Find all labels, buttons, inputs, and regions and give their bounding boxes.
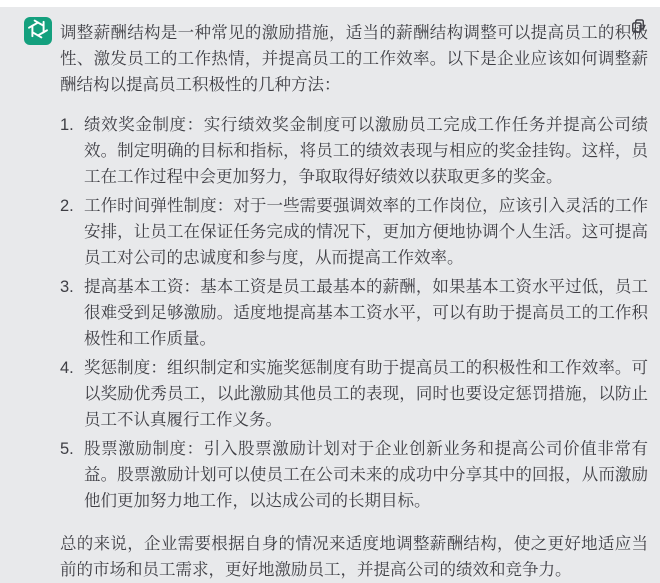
list-item-text: 提高基本工资：基本工资是员工最基本的薪酬，如果基本工资水平过低，员工很难受到足够… xyxy=(84,274,648,352)
copy-button[interactable] xyxy=(628,18,648,38)
list-item-flexible-hours: 2. 工作时间弹性制度：对于一些需要强调效率的工作岗位，应该引入灵活的工作安排，… xyxy=(60,193,648,271)
list-number: 5. xyxy=(60,436,84,514)
list-item-text: 工作时间弹性制度：对于一些需要强调效率的工作岗位，应该引入灵活的工作安排，让员工… xyxy=(84,193,648,271)
assistant-avatar xyxy=(24,17,52,45)
list-item-text: 绩效奖金制度：实行绩效奖金制度可以激励员工完成工作任务并提高公司绩效。制定明确的… xyxy=(84,112,648,190)
methods-list: 1. 绩效奖金制度：实行绩效奖金制度可以激励员工完成工作任务并提高公司绩效。制定… xyxy=(60,112,648,514)
list-item-stock-incentive: 5. 股票激励制度：引入股票激励计划对于企业创新业务和提高公司价值非常有益。股票… xyxy=(60,436,648,514)
copy-icon xyxy=(629,17,647,40)
list-item-text: 股票激励制度：引入股票激励计划对于企业创新业务和提高公司价值非常有益。股票激励计… xyxy=(84,436,648,514)
list-number: 3. xyxy=(60,274,84,352)
list-number: 1. xyxy=(60,112,84,190)
list-number: 2. xyxy=(60,193,84,271)
list-item-base-salary: 3. 提高基本工资：基本工资是员工最基本的薪酬，如果基本工资水平过低，员工很难受… xyxy=(60,274,648,352)
list-item-text: 奖惩制度：组织制定和实施奖惩制度有助于提高员工的积极性和工作效率。可以奖励优秀员… xyxy=(84,355,648,433)
list-item-reward-punishment: 4. 奖惩制度：组织制定和实施奖惩制度有助于提高员工的积极性和工作效率。可以奖励… xyxy=(60,355,648,433)
list-number: 4. xyxy=(60,355,84,433)
conclusion-paragraph: 总的来说，企业需要根据自身的情况来适度地调整薪酬结构，使之更好地适应当前的市场和… xyxy=(60,531,648,583)
assistant-message-panel: 调整薪酬结构是一种常见的激励措施，适当的薪酬结构调整可以提高员工的积极性、激发员… xyxy=(0,7,660,583)
list-item-performance-bonus: 1. 绩效奖金制度：实行绩效奖金制度可以激励员工完成工作任务并提高公司绩效。制定… xyxy=(60,112,648,190)
message-content: 调整薪酬结构是一种常见的激励措施，适当的薪酬结构调整可以提高员工的积极性、激发员… xyxy=(60,20,648,583)
intro-paragraph: 调整薪酬结构是一种常见的激励措施，适当的薪酬结构调整可以提高员工的积极性、激发员… xyxy=(60,20,648,98)
openai-logo-icon xyxy=(27,18,49,45)
